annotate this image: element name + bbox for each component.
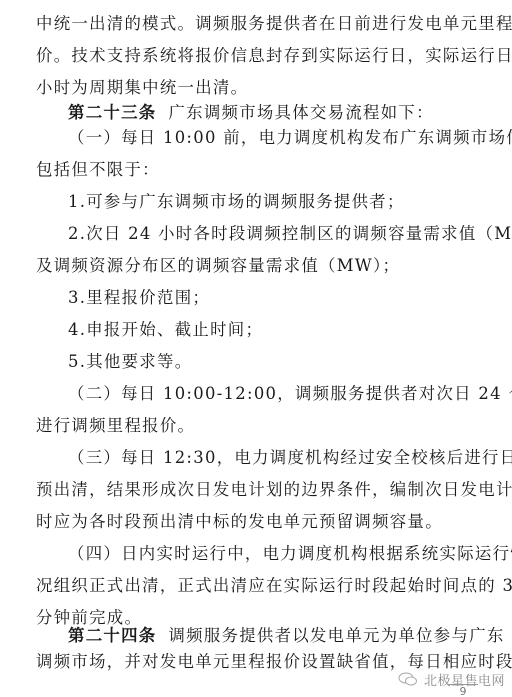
text-line: 中统一出清的模式。调频服务提供者在日前进行发电单元里程报 (36, 14, 478, 36)
text-line: 进行调频里程报价。 (36, 416, 478, 438)
article-23-heading: 第二十三条广东调频市场具体交易流程如下： (68, 103, 478, 125)
article-24-heading: 第二十四条调频服务提供者以发电单元为单位参与广东 (68, 626, 478, 648)
text-line: 况组织正式出清，正式出清应在实际运行时段起始时间点的 30 (36, 576, 478, 598)
page-number: 9 (448, 684, 478, 697)
article-text: 调频服务提供者以发电单元为单位参与广东 (168, 626, 504, 645)
text-line: 小时为周期集中统一出清。 (36, 78, 478, 100)
list-item: 5.其他要求等。 (68, 352, 478, 374)
text-line: （一）每日 10:00 前，电力调度机构发布广东调频市场信息， (68, 128, 478, 150)
list-item: 3.里程报价范围； (68, 288, 478, 310)
text-line: 预出清，结果形成次日发电计划的边界条件，编制次日发电计划 (36, 480, 478, 502)
text-line: 价。技术支持系统将报价信息封存到实际运行日，实际运行日以 (36, 46, 478, 68)
article-number: 第二十三条 (68, 103, 156, 122)
text-line: 及调频资源分布区的调频容量需求值（MW）； (36, 256, 478, 278)
text-line: （二）每日 10:00-12:00，调频服务提供者对次日 24 个时段 (68, 384, 478, 406)
text-line: （三）每日 12:30，电力调度机构经过安全校核后进行日前 (68, 448, 478, 470)
document-page: 中统一出清的模式。调频服务提供者在日前进行发电单元里程报 价。技术支持系统将报价… (0, 0, 512, 697)
list-item: 2.次日 24 小时各时段调频控制区的调频容量需求值（MW） (68, 224, 478, 246)
text-line: （四）日内实时运行中，电力调度机构根据系统实际运行情 (68, 544, 478, 566)
text-line: 时应为各时段预出清中标的发电单元预留调频容量。 (36, 512, 478, 534)
list-item: 4.申报开始、截止时间； (68, 320, 478, 342)
wechat-icon (398, 672, 418, 686)
article-number: 第二十四条 (68, 626, 156, 645)
article-text: 广东调频市场具体交易流程如下： (168, 103, 433, 122)
list-item: 1.可参与广东调频市场的调频服务提供者； (68, 192, 478, 214)
text-line: 包括但不限于： (36, 160, 478, 182)
